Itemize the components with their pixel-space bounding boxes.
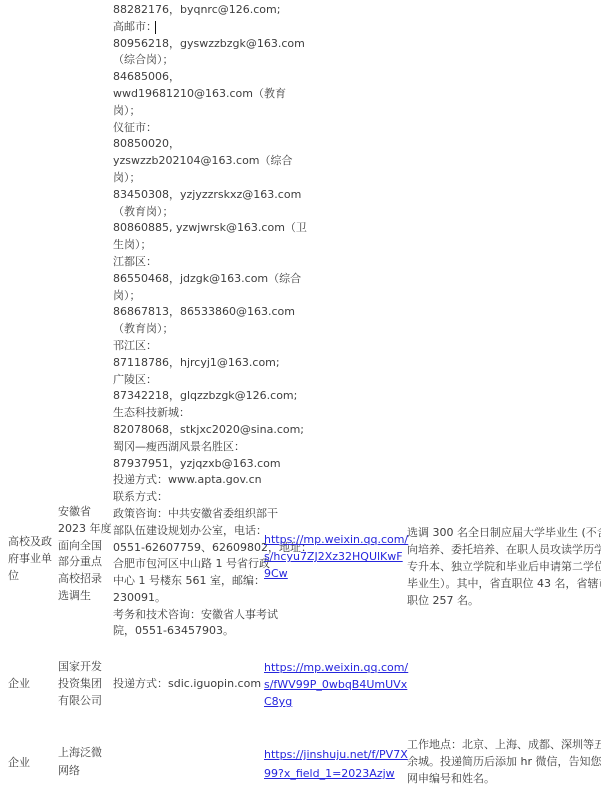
description-cell-weaver: 工作地点：北京、上海、成都、深圳等五十余城。投递简历后添加 hr 微信，告知您的… [407, 736, 601, 787]
link-sdic-weixin-article[interactable]: https://mp.weixin.qq.com/s/fWV99P_0wbqB4… [264, 659, 408, 710]
org-name-weaver: 上海泛微网络 [58, 744, 102, 780]
category-cell-enterprise-weaver: 企业 [8, 755, 30, 772]
document-page: 88282176，byqnrc@126.com;高邮市：80956218，gys… [0, 0, 601, 792]
org-name-anhui-xuandiaosheng: 安徽省2023 年度面向全国部分重点高校招录选调生 [58, 504, 110, 605]
link-anhui-weixin-article[interactable]: https://mp.weixin.qq.com/s/hcyu7ZJ2Xz32H… [264, 531, 408, 582]
description-cell-anhui: 选调 300 名全日制应届大学毕业生 (不含定向培养、委托培养、在职人员攻读学历… [407, 524, 601, 609]
details-cell-sdic-apply: 投递方式：sdic.iguopin.com [113, 676, 261, 693]
contact-details-cell: 88282176，byqnrc@126.com;高邮市：80956218，gys… [113, 2, 265, 640]
text-cursor[interactable] [155, 21, 156, 34]
link-weaver-jinshuju-form[interactable]: https://jinshuju.net/f/PV7X99?x_field_1=… [264, 745, 408, 783]
category-cell-universities-government: 高校及政府事业单位 [8, 534, 56, 584]
org-name-sdic: 国家开发投资集团有限公司 [58, 659, 102, 709]
category-cell-enterprise-sdic: 企业 [8, 676, 30, 693]
